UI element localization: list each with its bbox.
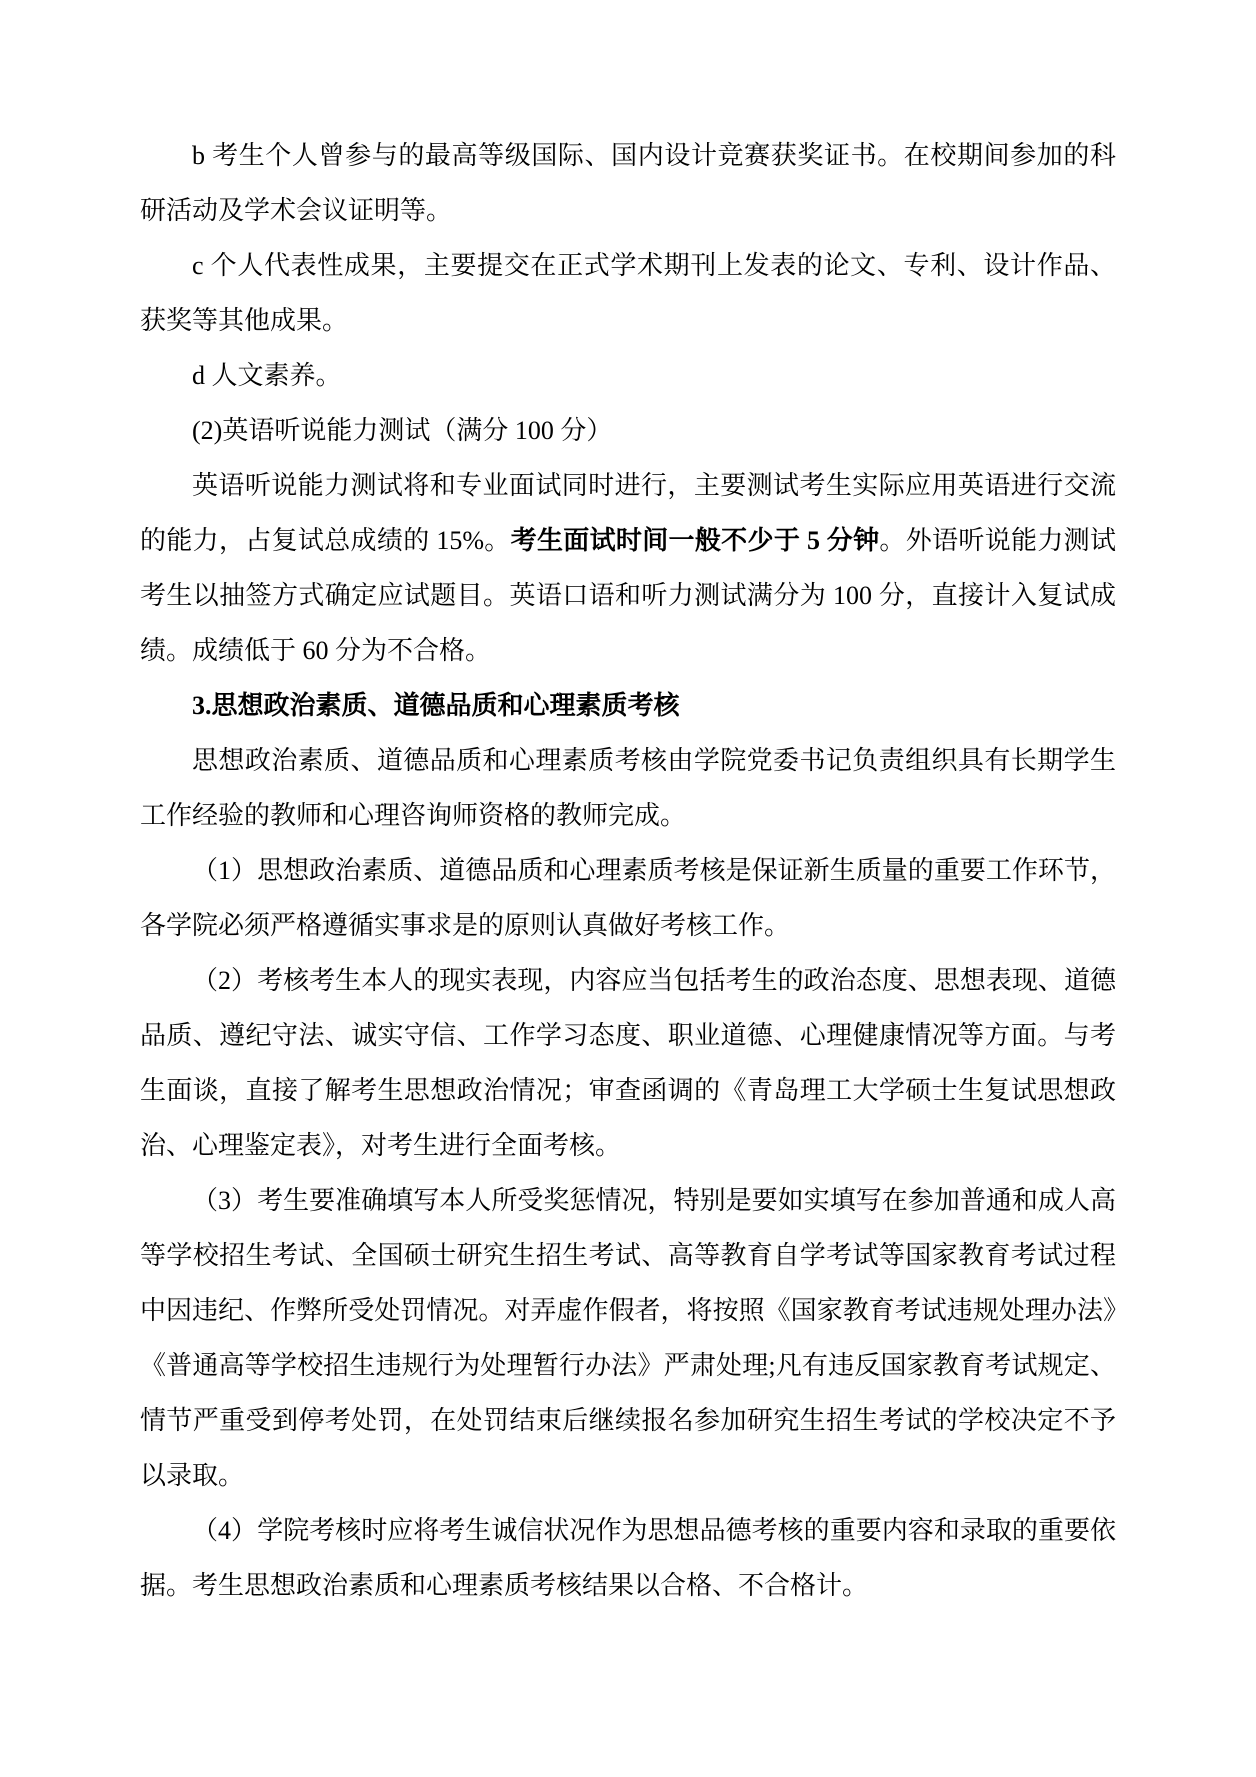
paragraph-point-4: （4）学院考核时应将考生诚信状况作为思想品德考核的重要内容和录取的重要依据。考生…: [140, 1503, 1116, 1613]
text-run: （3）考生要准确填写本人所受奖惩情况，特别是要如实填写在参加普通和成人高等学校招…: [140, 1186, 1116, 1490]
text-run: （4）学院考核时应将考生诚信状况作为思想品德考核的重要内容和录取的重要依据。考生…: [140, 1516, 1116, 1600]
paragraph-english-test-detail: 英语听说能力测试将和专业面试同时进行，主要测试考生实际应用英语进行交流的能力，占…: [140, 458, 1116, 678]
paragraph-item-c: c 个人代表性成果，主要提交在正式学术期刊上发表的论文、专利、设计作品、获奖等其…: [140, 238, 1116, 348]
paragraph-english-test-title: (2)英语听说能力测试（满分 100 分）: [140, 403, 1116, 458]
text-run: （1）思想政治素质、道德品质和心理素质考核是保证新生质量的重要工作环节，各学院必…: [140, 856, 1116, 940]
text-run: 思想政治素质、道德品质和心理素质考核由学院党委书记负责组织具有长期学生工作经验的…: [140, 746, 1116, 830]
paragraph-point-1: （1）思想政治素质、道德品质和心理素质考核是保证新生质量的重要工作环节，各学院必…: [140, 843, 1116, 953]
text-run: d 人文素养。: [192, 361, 342, 390]
bold-text-run: 考生面试时间一般不少于 5 分钟: [511, 526, 880, 555]
text-run: （2）考核考生本人的现实表现，内容应当包括考生的政治态度、思想表现、道德品质、遵…: [140, 966, 1116, 1160]
text-run: (2)英语听说能力测试（满分 100 分）: [192, 416, 612, 445]
paragraph-point-2: （2）考核考生本人的现实表现，内容应当包括考生的政治态度、思想表现、道德品质、遵…: [140, 953, 1116, 1173]
text-run: b 考生个人曾参与的最高等级国际、国内设计竞赛获奖证书。在校期间参加的科研活动及…: [140, 141, 1116, 225]
document-body: b 考生个人曾参与的最高等级国际、国内设计竞赛获奖证书。在校期间参加的科研活动及…: [140, 128, 1116, 1613]
text-run: c 个人代表性成果，主要提交在正式学术期刊上发表的论文、专利、设计作品、获奖等其…: [140, 251, 1116, 335]
paragraph-item-b: b 考生个人曾参与的最高等级国际、国内设计竞赛获奖证书。在校期间参加的科研活动及…: [140, 128, 1116, 238]
paragraph-item-d: d 人文素养。: [140, 348, 1116, 403]
bold-text-run: 3.思想政治素质、道德品质和心理素质考核: [192, 691, 680, 720]
paragraph-section-3-intro: 思想政治素质、道德品质和心理素质考核由学院党委书记负责组织具有长期学生工作经验的…: [140, 733, 1116, 843]
paragraph-point-3: （3）考生要准确填写本人所受奖惩情况，特别是要如实填写在参加普通和成人高等学校招…: [140, 1173, 1116, 1503]
heading-section-3: 3.思想政治素质、道德品质和心理素质考核: [140, 678, 1116, 733]
document-page: b 考生个人曾参与的最高等级国际、国内设计竞赛获奖证书。在校期间参加的科研活动及…: [0, 0, 1256, 1777]
